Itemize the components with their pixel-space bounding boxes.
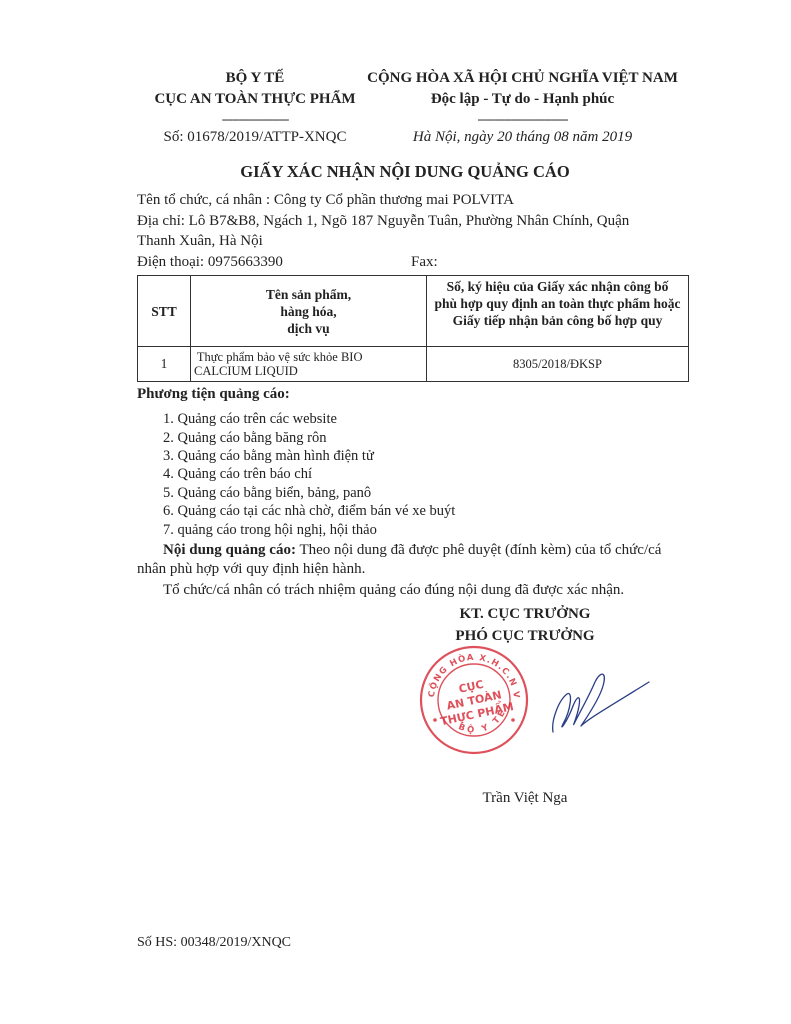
- applicant-phone: Điện thoại: 0975663390: [137, 254, 283, 271]
- national-motto: Độc lập - Tự do - Hạnh phúc: [360, 91, 685, 108]
- product-table: STT Tên sản phẩm, hàng hóa, dịch vụ Số, …: [137, 275, 689, 382]
- list-item: 1. Quảng cáo trên các website: [163, 411, 337, 428]
- table-header-row: STT Tên sản phẩm, hàng hóa, dịch vụ Số, …: [138, 276, 689, 347]
- header-certificate: Số, ký hiệu của Giấy xác nhận công bố ph…: [427, 276, 689, 347]
- list-item: 2. Quảng cáo bằng băng rôn: [163, 430, 326, 447]
- file-number: Số HS: 00348/2019/XNQC: [137, 935, 291, 951]
- header-stt: STT: [138, 276, 191, 347]
- content-paragraph: Nội dung quảng cáo: Theo nội dung đã đượ…: [163, 542, 661, 559]
- signature-title-2: PHÓ CỤC TRƯỞNG: [400, 628, 650, 645]
- row-certificate: 8305/2018/ĐKSP: [427, 347, 689, 382]
- row-stt: 1: [138, 347, 191, 382]
- header-left-divider: --------------------: [130, 111, 380, 127]
- list-item: 7. quảng cáo trong hội nghị, hội thảo: [163, 522, 377, 539]
- content-text: Theo nội dung đã được phê duyệt (đính kè…: [296, 542, 661, 558]
- agency-name: CỤC AN TOÀN THỰC PHẨM: [130, 91, 380, 108]
- content-text-line2: nhân phù hợp với quy định hiện hành.: [137, 561, 365, 578]
- official-stamp-icon: CỘNG HÒA X.H.C.N VIỆT NAM BỘ Y TẾ CỤC AN…: [418, 644, 530, 756]
- applicant-address-line2: Thanh Xuân, Hà Nội: [137, 233, 263, 250]
- header-product-name-line: dịch vụ: [191, 320, 426, 337]
- row-product-name-line: CALCIUM LIQUID: [194, 364, 426, 378]
- signature-title-1: KT. CỤC TRƯỞNG: [400, 606, 650, 623]
- table-row: 1 Thực phẩm bảo vệ sức khỏe BIO CALCIUM …: [138, 347, 689, 382]
- handwritten-signature-icon: [545, 660, 650, 740]
- row-product-name: Thực phẩm bảo vệ sức khỏe BIO CALCIUM LI…: [191, 347, 427, 382]
- list-item: 6. Quảng cáo tại các nhà chờ, điểm bán v…: [163, 503, 455, 520]
- row-product-name-line: Thực phẩm bảo vệ sức khỏe BIO: [194, 350, 426, 364]
- list-item: 5. Quảng cáo bằng biển, bảng, panô: [163, 485, 371, 502]
- content-label: Nội dung quảng cáo:: [163, 542, 296, 558]
- country-name: CỘNG HÒA XÃ HỘI CHỦ NGHĨA VIỆT NAM: [360, 70, 685, 87]
- responsibility-statement: Tổ chức/cá nhân có trách nhiệm quảng cáo…: [163, 582, 624, 599]
- header-product-name: Tên sản phẩm, hàng hóa, dịch vụ: [191, 276, 427, 347]
- issue-date: Hà Nội, ngày 20 tháng 08 năm 2019: [360, 129, 685, 146]
- document-number: Số: 01678/2019/ATTP-XNQC: [130, 129, 380, 146]
- applicant-fax: Fax:: [411, 254, 438, 271]
- applicant-address-line1: Địa chỉ: Lô B7&B8, Ngách 1, Ngõ 187 Nguy…: [137, 213, 629, 230]
- media-heading: Phương tiện quảng cáo:: [137, 386, 290, 403]
- signer-name: Trần Việt Nga: [400, 790, 650, 807]
- header-right-divider: ---------------------------: [360, 111, 685, 127]
- list-item: 4. Quảng cáo trên báo chí: [163, 466, 312, 483]
- document-title: GIẤY XÁC NHẬN NỘI DUNG QUẢNG CÁO: [130, 162, 680, 182]
- header-product-name-line: Tên sản phẩm,: [191, 286, 426, 303]
- header-certificate-line: Giấy tiếp nhận bản công bố hợp quy: [427, 312, 688, 329]
- header-product-name-line: hàng hóa,: [191, 303, 426, 320]
- header-certificate-line: phù hợp quy định an toàn thực phẩm hoặc: [427, 295, 688, 312]
- ministry-name: BỘ Y TẾ: [130, 70, 380, 87]
- header-certificate-line: Số, ký hiệu của Giấy xác nhận công bố: [427, 278, 688, 295]
- list-item: 3. Quảng cáo bằng màn hình điện tử: [163, 448, 374, 465]
- applicant-name: Tên tổ chức, cá nhân : Công ty Cổ phần t…: [137, 192, 514, 209]
